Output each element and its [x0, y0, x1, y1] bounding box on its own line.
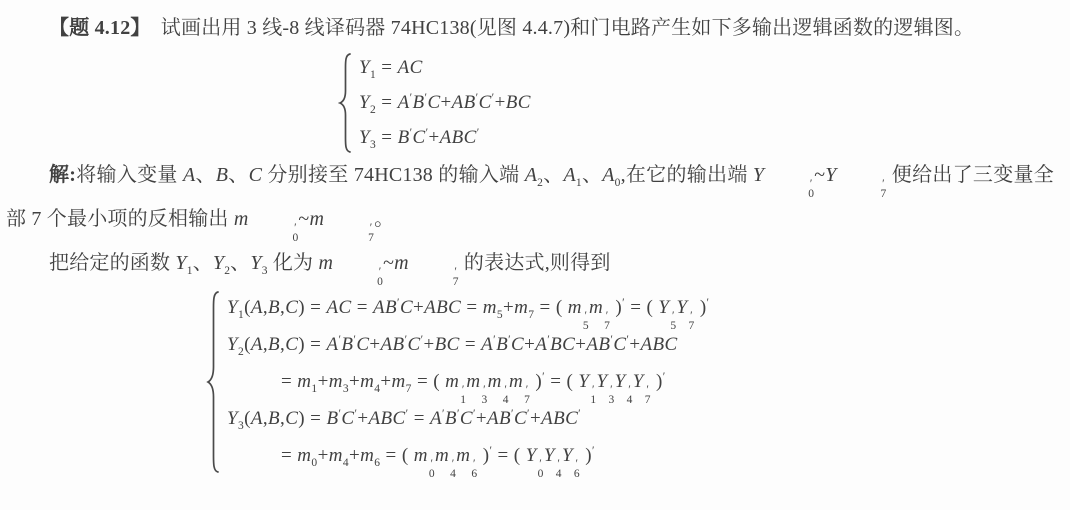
equation-system-given: Y1 = ACY2 = A′B′C+AB′C′+BCY3 = B′C′+ABC′ — [338, 50, 1054, 155]
text-segment: 的表达式,则得到 — [459, 252, 611, 274]
equation-line: Y1(A,B,C) = AC = AB′C+ABC = m5+m7 = ( m′… — [227, 289, 709, 326]
inline-math: A2、A1、A0 — [525, 164, 621, 186]
solution-paragraph: 解:将输入变量 A、B、C 分别接至 74HC138 的输入端 A2、A1、A0… — [6, 155, 1054, 243]
text-segment: 分别接至 74HC138 的输入端 — [262, 164, 525, 186]
text-segment: 。 — [374, 208, 394, 230]
equation-line: Y3 = B′C′+ABC′ — [359, 120, 531, 155]
text-segment: 将输入变量 — [76, 164, 183, 186]
text-segment: 试画出用 3 线-8 线译码器 74HC138(见图 4.4.7)和门电路产生如… — [141, 17, 975, 39]
equation-system-derived: Y1(A,B,C) = AC = AB′C+ABC = m5+m7 = ( m′… — [206, 289, 1054, 474]
text-segment: ,在它的输出端 — [621, 164, 753, 186]
equation-line: = m0+m4+m6 = ( m′0m′4m′6 )′ = ( Y′0Y′4Y′… — [227, 437, 709, 474]
text-segment: 解: — [49, 164, 76, 186]
text-segment: 【题 4.12】 — [49, 17, 141, 39]
equation-line: Y3(A,B,C) = B′C′+ABC′ = A′B′C′+AB′C′+ABC… — [227, 400, 709, 437]
equation-lines-given: Y1 = ACY2 = A′B′C+AB′C′+BCY3 = B′C′+ABC′ — [359, 50, 531, 155]
equation-line: Y2 = A′B′C+AB′C′+BC — [359, 85, 531, 120]
equation-lines-derived: Y1(A,B,C) = AC = AB′C+ABC = m5+m7 = ( m′… — [227, 289, 709, 474]
inline-math: Y′0~Y′7 — [753, 164, 887, 186]
textbook-page: 【题 4.12】 试画出用 3 线-8 线译码器 74HC138(见图 4.4.… — [0, 0, 1070, 474]
inline-math: m′0~m′7 — [318, 252, 458, 274]
text-segment: 把给定的函数 — [49, 252, 175, 274]
equation-line: = m1+m3+m4+m7 = ( m′1m′3m′4m′7 )′ = ( Y′… — [227, 363, 709, 400]
left-brace-icon — [338, 53, 352, 153]
equation-line: Y1 = AC — [359, 50, 531, 85]
inline-math: Y1、Y2、Y3 — [175, 252, 267, 274]
text-segment: 化为 — [268, 252, 319, 274]
equation-line: Y2(A,B,C) = A′B′C+AB′C′+BC = A′B′C+A′BC+… — [227, 326, 709, 363]
left-brace-icon — [206, 291, 220, 473]
derivation-intro: 把给定的函数 Y1、Y2、Y3 化为 m′0~m′7 的表达式,则得到 — [6, 243, 1054, 287]
inline-math: m′0~m′7 — [234, 208, 374, 230]
inline-math: A、B、C — [183, 164, 262, 186]
problem-statement: 【题 4.12】 试画出用 3 线-8 线译码器 74HC138(见图 4.4.… — [6, 8, 1054, 48]
